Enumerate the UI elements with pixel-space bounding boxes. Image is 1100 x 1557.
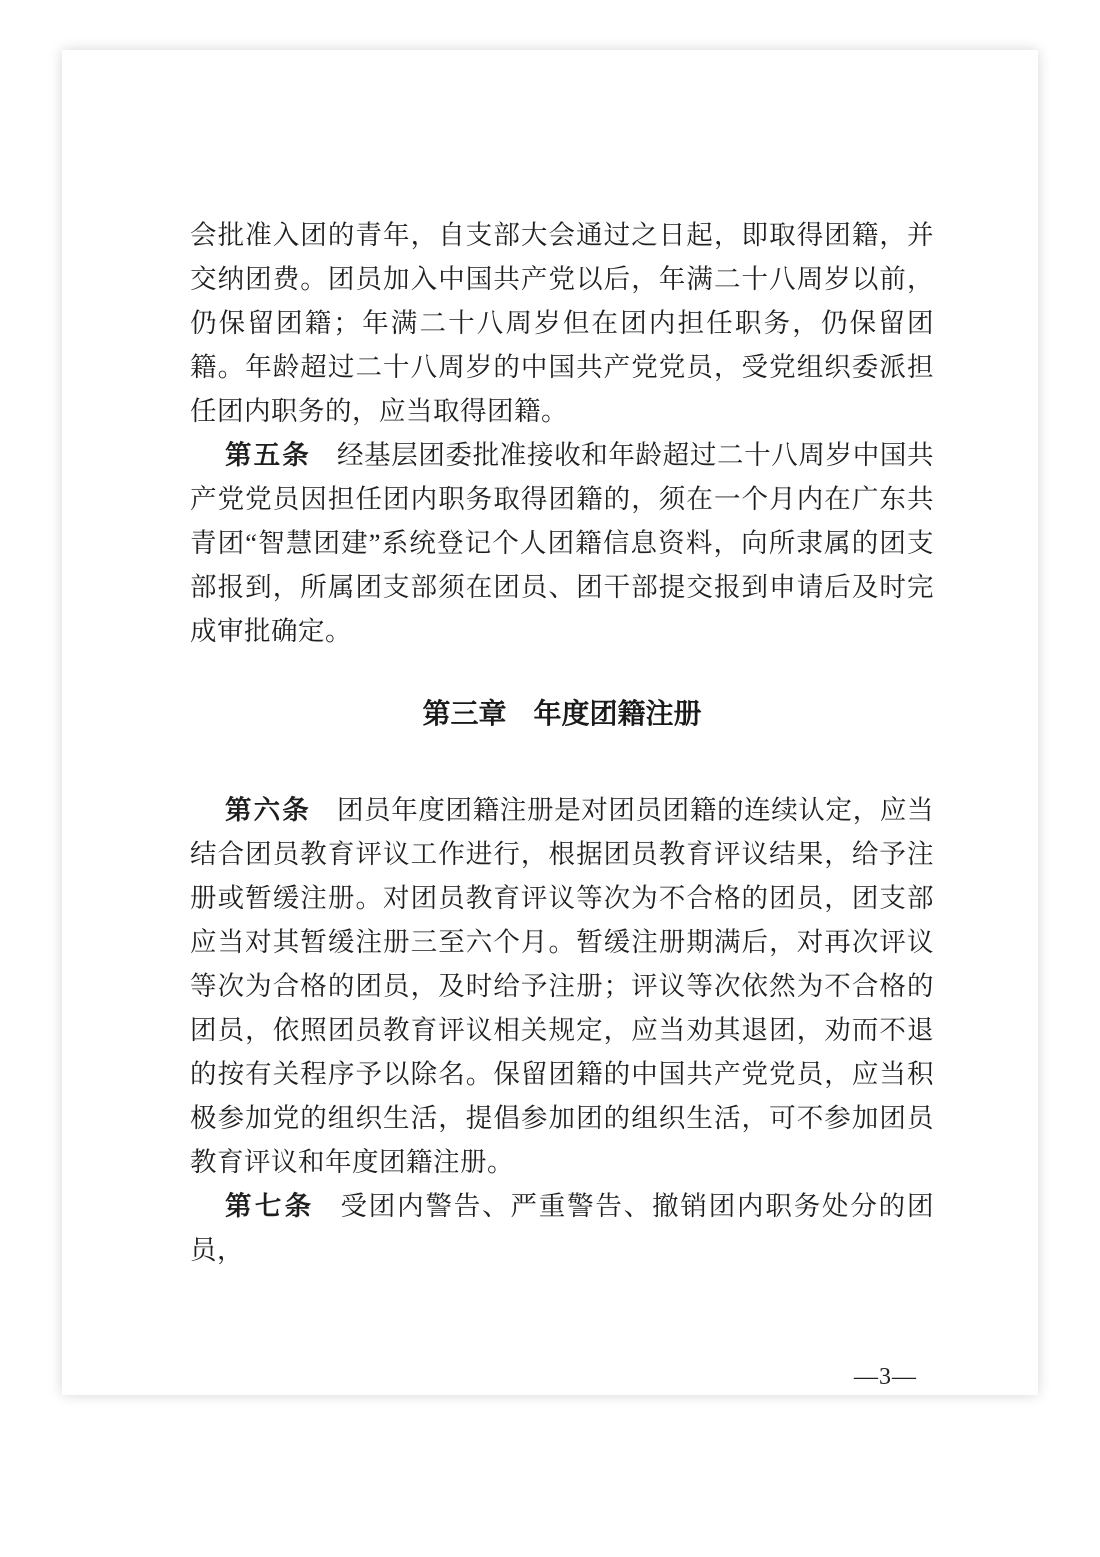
chapter-number: 第三章	[422, 698, 506, 729]
paragraph-continuation-text: 会批准入团的青年，自支部大会通过之日起，即取得团籍，并交纳团费。团员加入中国共产…	[190, 220, 934, 426]
paragraph-article-7: 第七条受团内警告、严重警告、撤销团内职务处分的团员，	[190, 1184, 934, 1272]
article-5-lead: 第五条	[225, 440, 311, 470]
document-viewer-background: 会批准入团的青年，自支部大会通过之日起，即取得团籍，并交纳团费。团员加入中国共产…	[0, 0, 1100, 1557]
document-page: 会批准入团的青年，自支部大会通过之日起，即取得团籍，并交纳团费。团员加入中国共产…	[62, 50, 1038, 1395]
article-6-lead: 第六条	[225, 795, 311, 825]
paragraph-article-5: 第五条经基层团委批准接收和年龄超过二十八周岁中国共产党党员因担任团内职务取得团籍…	[190, 433, 934, 653]
chapter-title: 年度团籍注册	[534, 698, 702, 729]
page-number: —3—	[190, 1364, 934, 1390]
article-6-text: 团员年度团籍注册是对团员团籍的连续认定，应当结合团员教育评议工作进行，根据团员教…	[190, 795, 934, 1177]
article-5-text: 经基层团委批准接收和年龄超过二十八周岁中国共产党党员因担任团内职务取得团籍的，须…	[190, 440, 934, 646]
article-7-lead: 第七条	[225, 1191, 314, 1221]
paragraph-article-6: 第六条团员年度团籍注册是对团员团籍的连续认定，应当结合团员教育评议工作进行，根据…	[190, 788, 934, 1184]
paragraph-continuation: 会批准入团的青年，自支部大会通过之日起，即取得团籍，并交纳团费。团员加入中国共产…	[190, 213, 934, 433]
chapter-heading: 第三章年度团籍注册	[190, 692, 934, 736]
